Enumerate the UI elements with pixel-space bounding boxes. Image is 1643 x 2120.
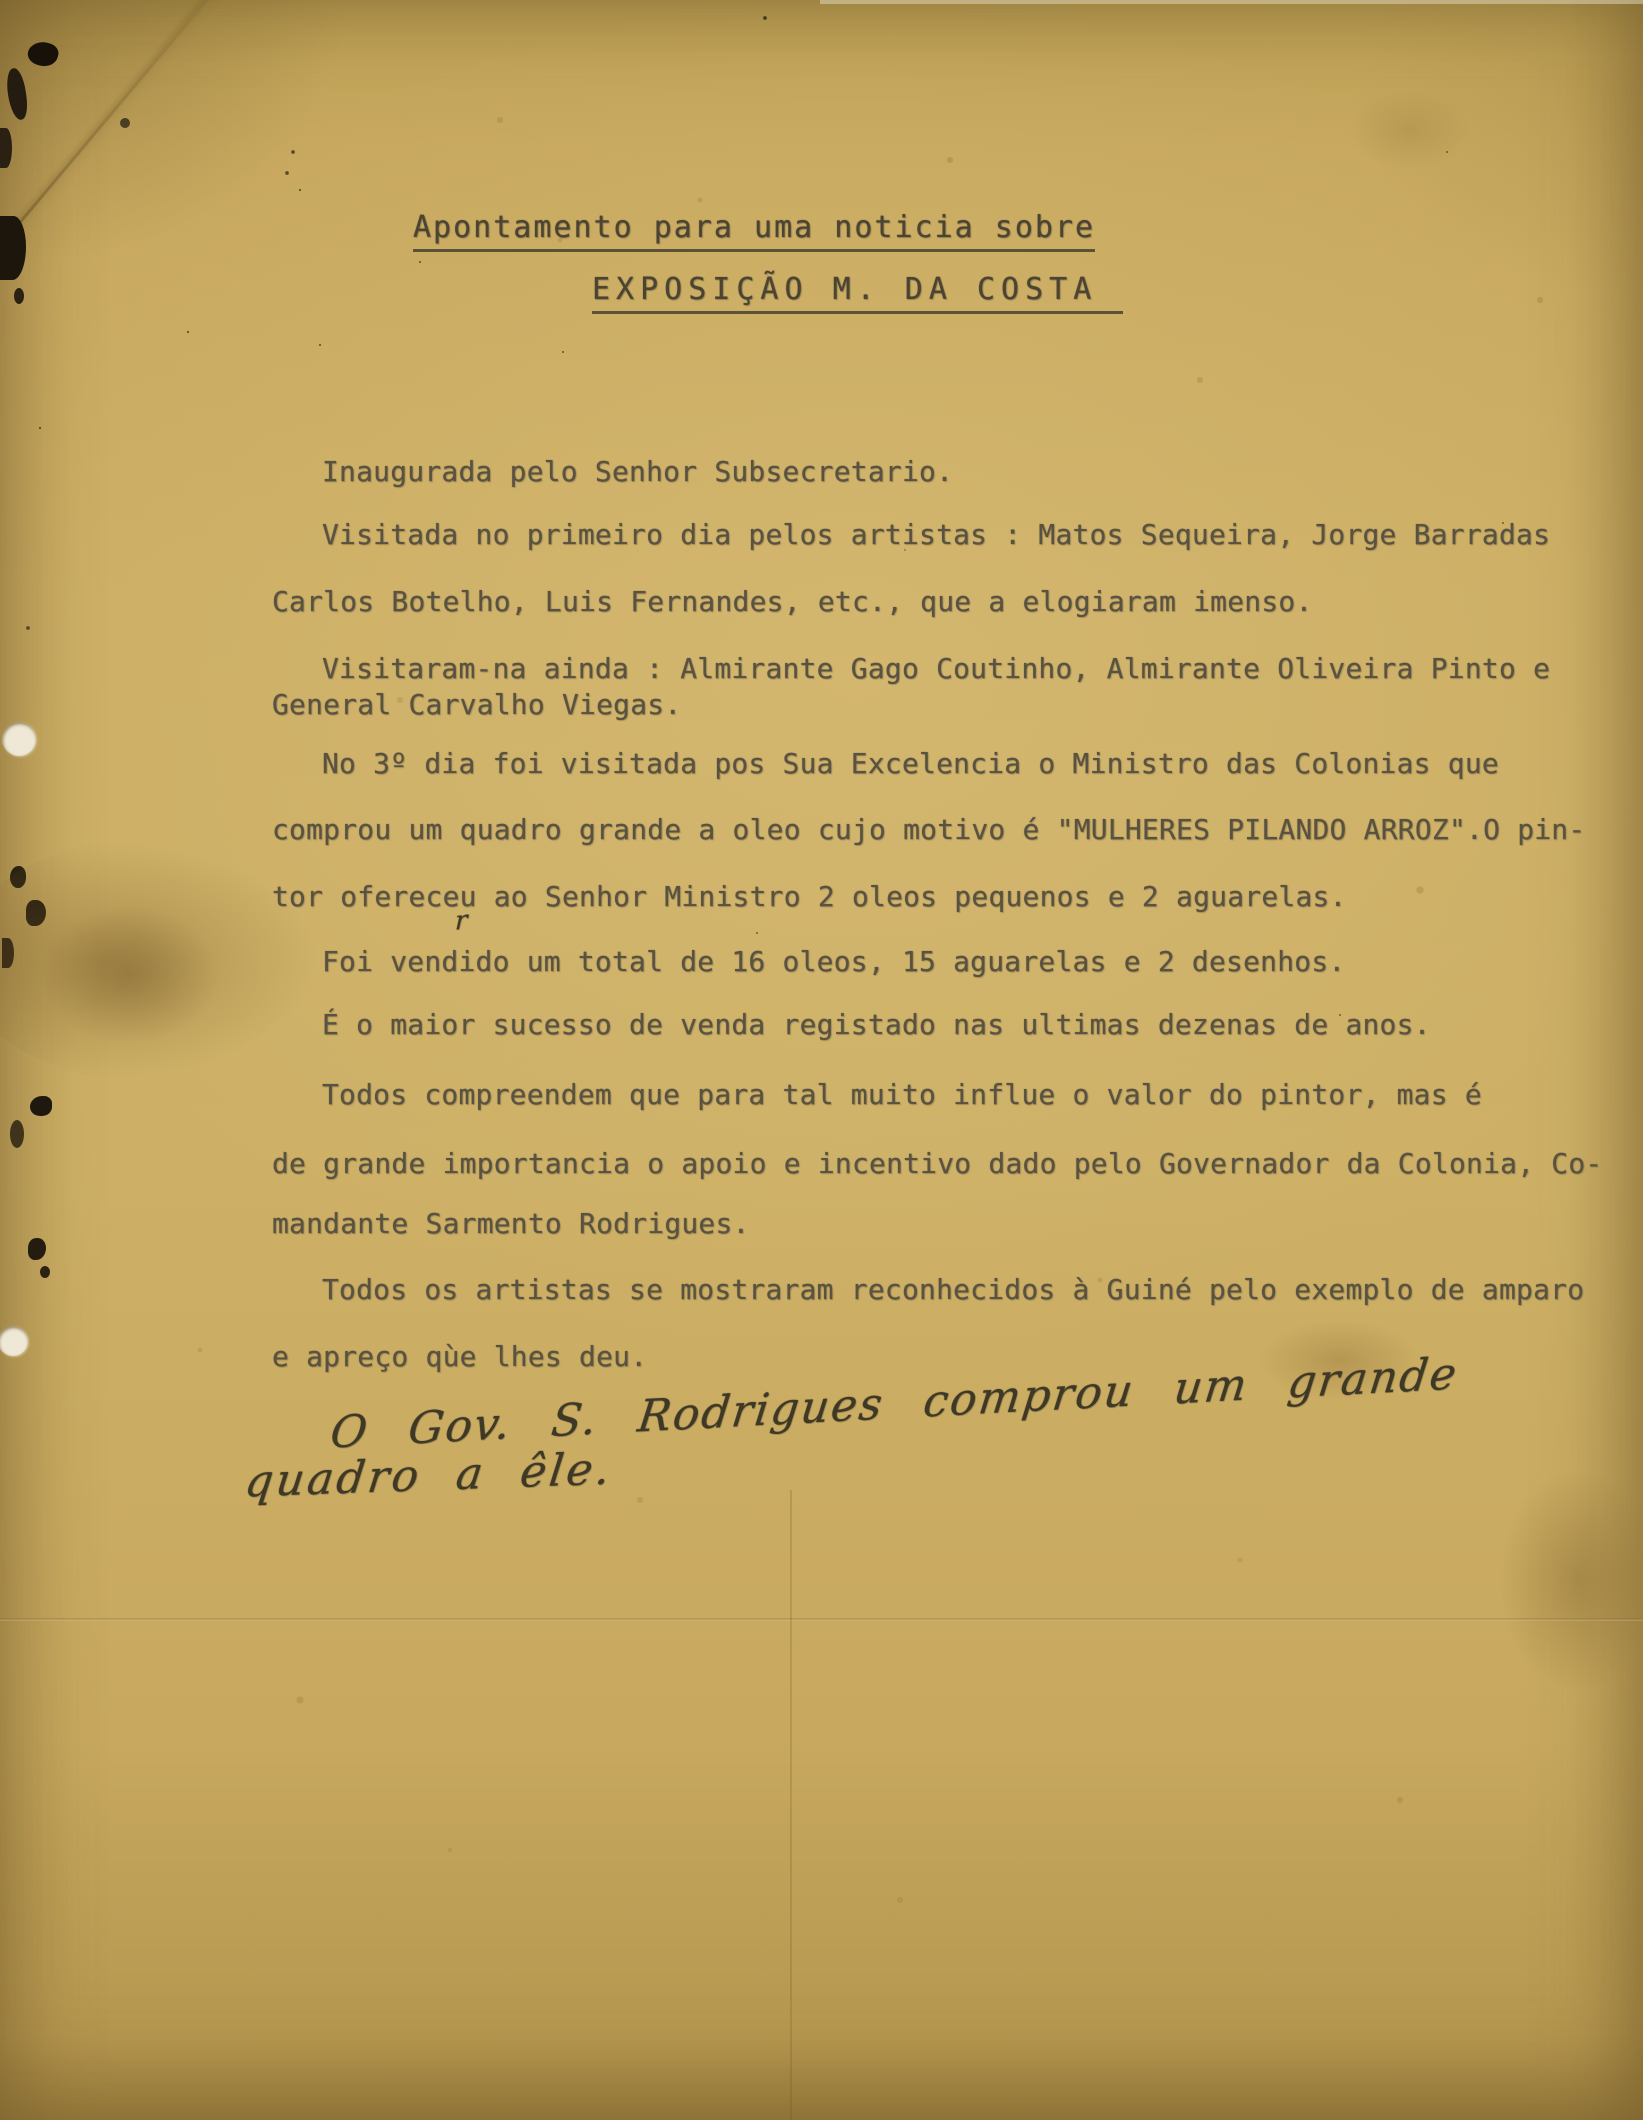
typed-line: tor ofereceu ao Senhor Ministro 2 oleos … xyxy=(272,880,1347,913)
typed-line: Todos compreendem que para tal muito inf… xyxy=(272,1078,1482,1111)
ink-blot xyxy=(10,866,26,888)
ink-blot xyxy=(25,39,60,70)
handwritten-correction-mark: r xyxy=(455,905,468,937)
document-title-line-1: Apontamento para uma noticia sobre xyxy=(413,210,1095,252)
typed-line: e apreço qùe lhes deu. xyxy=(272,1340,647,1373)
typed-line: No 3º dia foi visitada pos Sua Excelenci… xyxy=(272,747,1499,780)
punch-hole xyxy=(2,722,36,756)
typed-line: Visitaram-na ainda : Almirante Gago Cout… xyxy=(272,652,1550,685)
paper-stain xyxy=(40,905,220,1045)
typed-line: Visitada no primeiro dia pelos artistas … xyxy=(272,518,1550,551)
ink-blot xyxy=(0,216,26,280)
scan-edge-highlight xyxy=(820,0,1643,4)
corner-crease xyxy=(0,0,214,246)
typed-line: É o maior sucesso de venda registado nas… xyxy=(272,1008,1431,1041)
vertical-fold-line xyxy=(790,1490,792,2120)
ink-blot xyxy=(40,1266,50,1278)
document-title-line-2: EXPOSIÇÃO M. DA COSTA xyxy=(592,272,1123,314)
paper-stain xyxy=(1350,90,1470,170)
ink-blot xyxy=(0,128,12,168)
paper-speckles xyxy=(0,0,1643,2120)
ink-blot xyxy=(28,1238,46,1260)
ink-blot xyxy=(120,118,130,128)
ink-blot xyxy=(4,67,29,121)
ink-blot xyxy=(10,1120,24,1148)
typed-line: comprou um quadro grande a oleo cujo mot… xyxy=(272,813,1585,846)
ink-blot xyxy=(14,288,24,304)
ink-blot xyxy=(2,938,14,968)
typed-line: Inaugurada pelo Senhor Subsecretario. xyxy=(272,455,953,488)
ink-blot xyxy=(26,900,46,926)
handwritten-note-line-2: quadro a êle. xyxy=(242,1443,616,1507)
punch-hole xyxy=(0,1326,28,1356)
typed-line: mandante Sarmento Rodrigues. xyxy=(272,1207,750,1240)
typed-line: Todos os artistas se mostraram reconheci… xyxy=(272,1273,1584,1306)
scanned-document-page: Apontamento para uma noticia sobre EXPOS… xyxy=(0,0,1643,2120)
typed-line: General Carvalho Viegas. xyxy=(272,688,681,721)
typed-line: Foi vendido um total de 16 oleos, 15 agu… xyxy=(272,945,1345,978)
ink-blot xyxy=(30,1096,52,1116)
paper-stain xyxy=(1500,1470,1643,1690)
typed-line: Carlos Botelho, Luis Fernandes, etc., qu… xyxy=(272,585,1313,618)
horizontal-fold-line xyxy=(0,1618,1643,1621)
typed-line: de grande importancia o apoio e incentiv… xyxy=(272,1147,1602,1180)
